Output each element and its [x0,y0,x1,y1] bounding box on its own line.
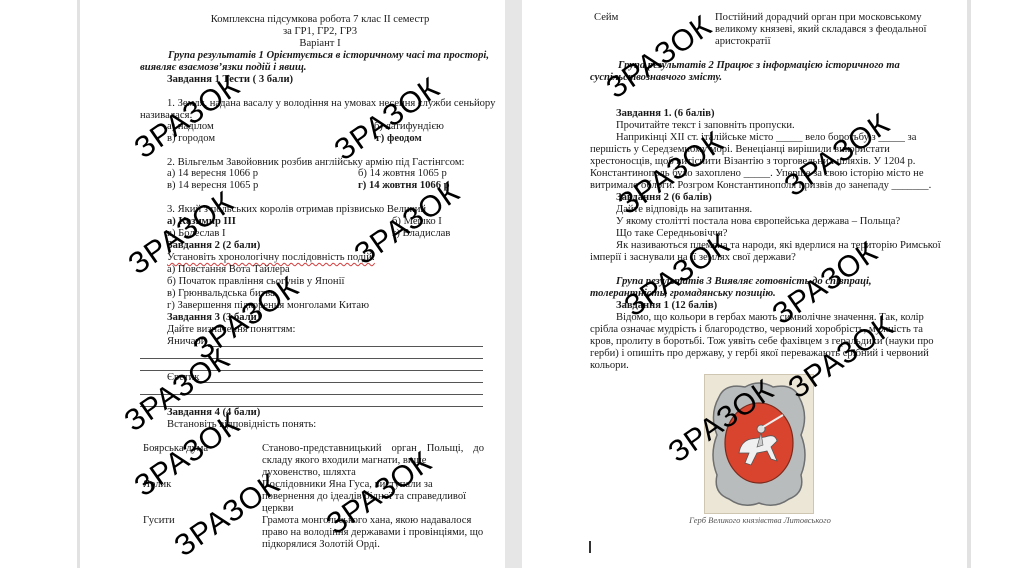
q2-text-inner: 2. Вільгельм Завойовник розбив англійськ… [167,157,464,168]
group1-heading: Група результатів 1 Орієнтується в істор… [168,50,489,62]
r-task1-title: Завдання 1. (6 балів) [616,108,714,120]
doc-title: Комплексна підсумкова робота 7 клас ІІ с… [140,14,500,26]
q2-option-b: б) 14 жовтня 1065 р [358,168,447,180]
task4-def-4-line3: аристократії [715,36,771,48]
task4-def-4-line2: великому князеві, який складався з феода… [715,24,926,36]
task2-instruction: Установіть хронологічну послідовність по… [167,252,375,264]
answer-line [198,382,483,383]
answer-line [208,346,483,347]
task4-def-3-line3: підкорялися Золотій Орді. [262,539,380,551]
task4-def-1-line1: Станово-представницький орган Польщі, до [262,443,484,455]
r-task2-question: Як називаються племена та народи, які вд… [616,240,941,252]
q2-option-a: а) 14 вересня 1066 р [167,168,258,180]
task4-def-1-line3: духовенство, шляхта [262,467,356,479]
r-task2-question: У якому столітті постала нова європейськ… [616,216,900,228]
image-caption: Герб Великого князівства Литовського [680,515,840,525]
r-task1-text-line: хрестоносців, щоб витіснити Візантію з т… [590,156,915,168]
r-task3-text-line: кольори. [590,360,629,372]
page-gap [505,0,522,568]
task4-def-3-line2: право на володіння державами і провінція… [262,527,483,539]
task4-term-3: Гусити [143,515,175,527]
task4-def-4-line1: Постійний дорадчий орган при московськом… [715,12,922,24]
doc-subtitle: за ГР1, ГР2, ГР3 [140,26,500,38]
text-cursor [589,541,591,553]
task2-item-b: б) Початок правління сьогунів у Японії [167,276,344,288]
task2-item-a: а) Повстання Вота Тайлера [167,264,290,276]
doc-variant: Варіант І [140,38,500,50]
task4-term-4: Сейм [594,12,618,24]
